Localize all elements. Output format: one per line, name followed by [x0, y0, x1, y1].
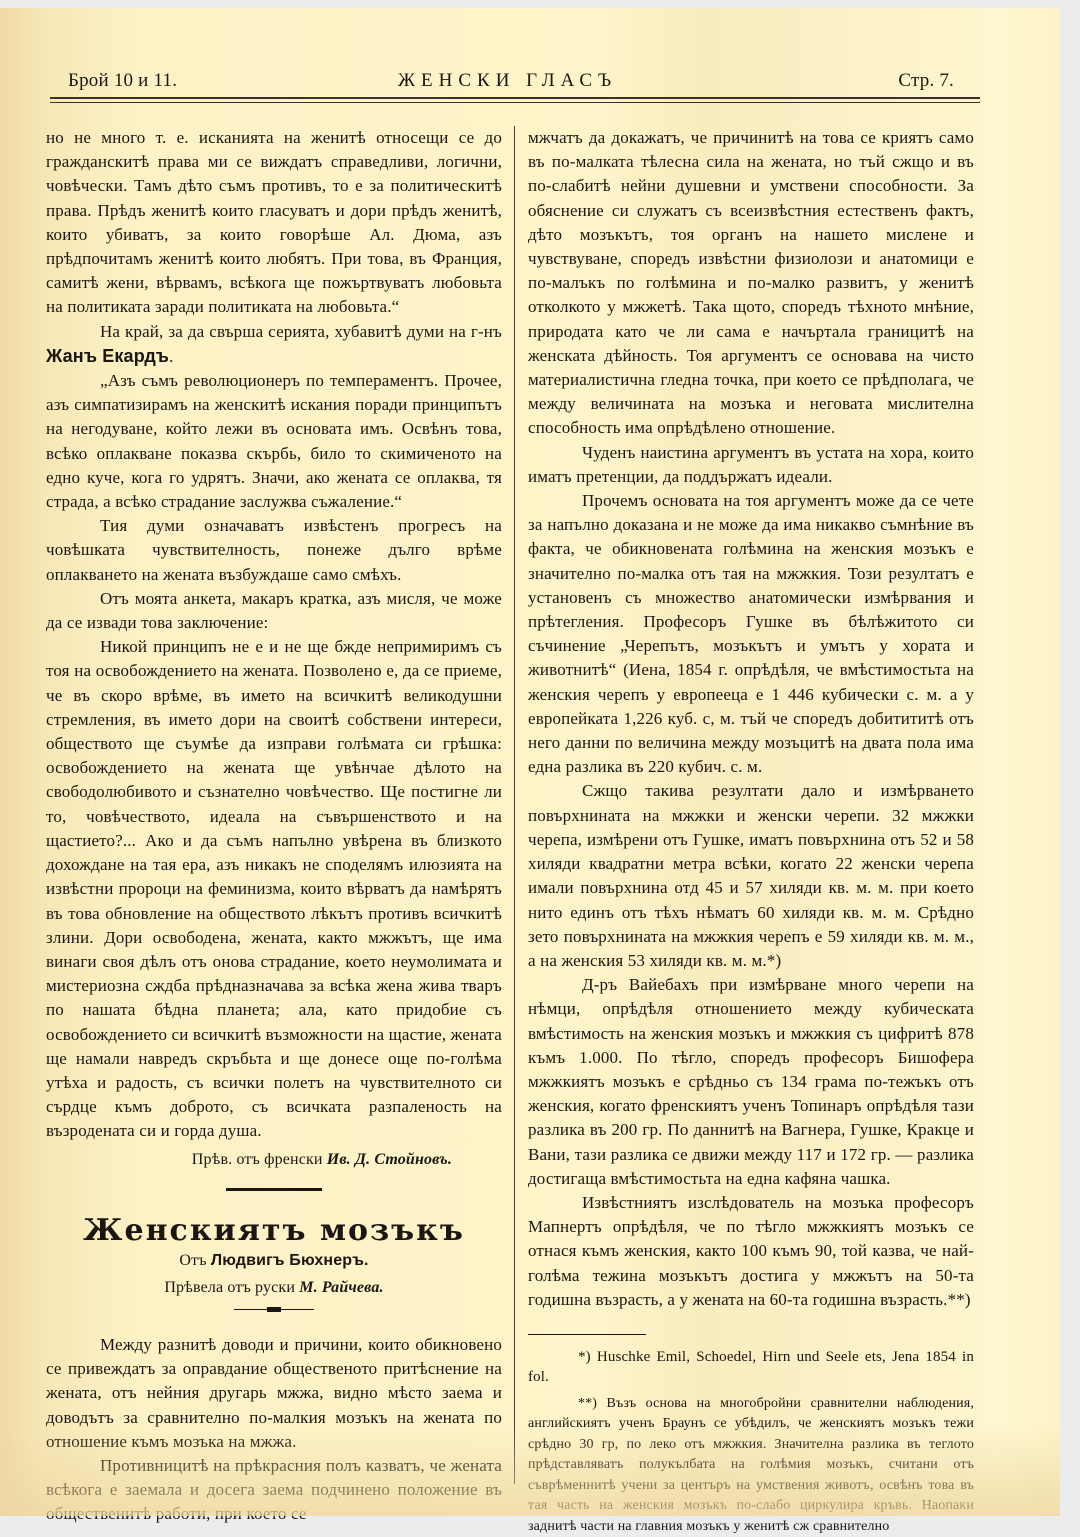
- footnotes: *) Huschke Emil, Schoedel, Hirn und Seel…: [528, 1347, 974, 1531]
- paragraph: Сжщо такива резултати дало и измѣрването…: [528, 779, 974, 973]
- article-title: Женскиятъ мозъкъ: [46, 1219, 502, 1243]
- article-translator: Прѣвела отъ руски М. Райчева.: [46, 1274, 502, 1301]
- issue-number: Брой 10 и 11.: [68, 70, 177, 92]
- paragraph: Извѣстниятъ изслѣдователь на мозъка проф…: [528, 1191, 974, 1312]
- paragraph: Отъ моята анкета, макаръ кратка, азъ мис…: [46, 587, 502, 635]
- page-header: Брой 10 и 11. ЖЕНСКИ ГЛАСЪ Стр. 7.: [68, 70, 958, 92]
- article-byline: Отъ Людвигъ Бюхнеръ.: [46, 1247, 502, 1274]
- left-column: но не много т. е. исканията на женитѣ от…: [46, 126, 502, 1527]
- translator-signature: Прѣв. отъ френски Ив. Д. Стойновъ.: [46, 1148, 502, 1172]
- quote-paragraph: „Азъ съмъ революционеръ по темпераментъ.…: [46, 369, 502, 514]
- right-column: мжчатъ да докажатъ, че причинитѣ на това…: [528, 126, 974, 1531]
- newspaper-title: ЖЕНСКИ ГЛАСЪ: [398, 70, 617, 92]
- paragraph: Чуденъ наистина аргументъ въ устата на х…: [528, 441, 974, 489]
- ornament-divider: [234, 1305, 314, 1315]
- newspaper-page: Брой 10 и 11. ЖЕНСКИ ГЛАСЪ Стр. 7. но не…: [0, 8, 1060, 1516]
- column-divider: [514, 126, 515, 1484]
- footnote-rule: [528, 1334, 646, 1335]
- page-number: Стр. 7.: [898, 70, 954, 92]
- section-separator: [226, 1188, 322, 1191]
- paragraph: Д-ръ Вайебахъ при измѣрване много черепи…: [528, 973, 974, 1191]
- paragraph: Тия думи означаватъ извѣстенъ прогресъ н…: [46, 514, 502, 587]
- paragraph: Противницитѣ на прѣкрасния полъ казватъ,…: [46, 1454, 502, 1527]
- footnote-2: **) Възъ основа на многобройни сравнител…: [528, 1394, 974, 1531]
- paragraph: Между разнитѣ доводи и причини, които об…: [46, 1333, 502, 1454]
- footnote-1: *) Huschke Emil, Schoedel, Hirn und Seel…: [528, 1347, 974, 1388]
- paragraph: Никой принципъ не е и не ще бжде неприми…: [46, 635, 502, 1143]
- paragraph: мжчатъ да докажатъ, че причинитѣ на това…: [528, 126, 974, 441]
- paragraph: На край, за да свърша серията, хубавитѣ …: [46, 320, 502, 369]
- paragraph: Прочемъ основата на тоя аргументъ може д…: [528, 489, 974, 779]
- header-rule-thin: [50, 102, 980, 103]
- paragraph: но не много т. е. исканията на женитѣ от…: [46, 126, 502, 320]
- header-rule: [50, 97, 980, 99]
- author-name-ekard: Жанъ Екардъ: [46, 346, 169, 366]
- article-author: Людвигъ Бюхнеръ.: [211, 1252, 369, 1269]
